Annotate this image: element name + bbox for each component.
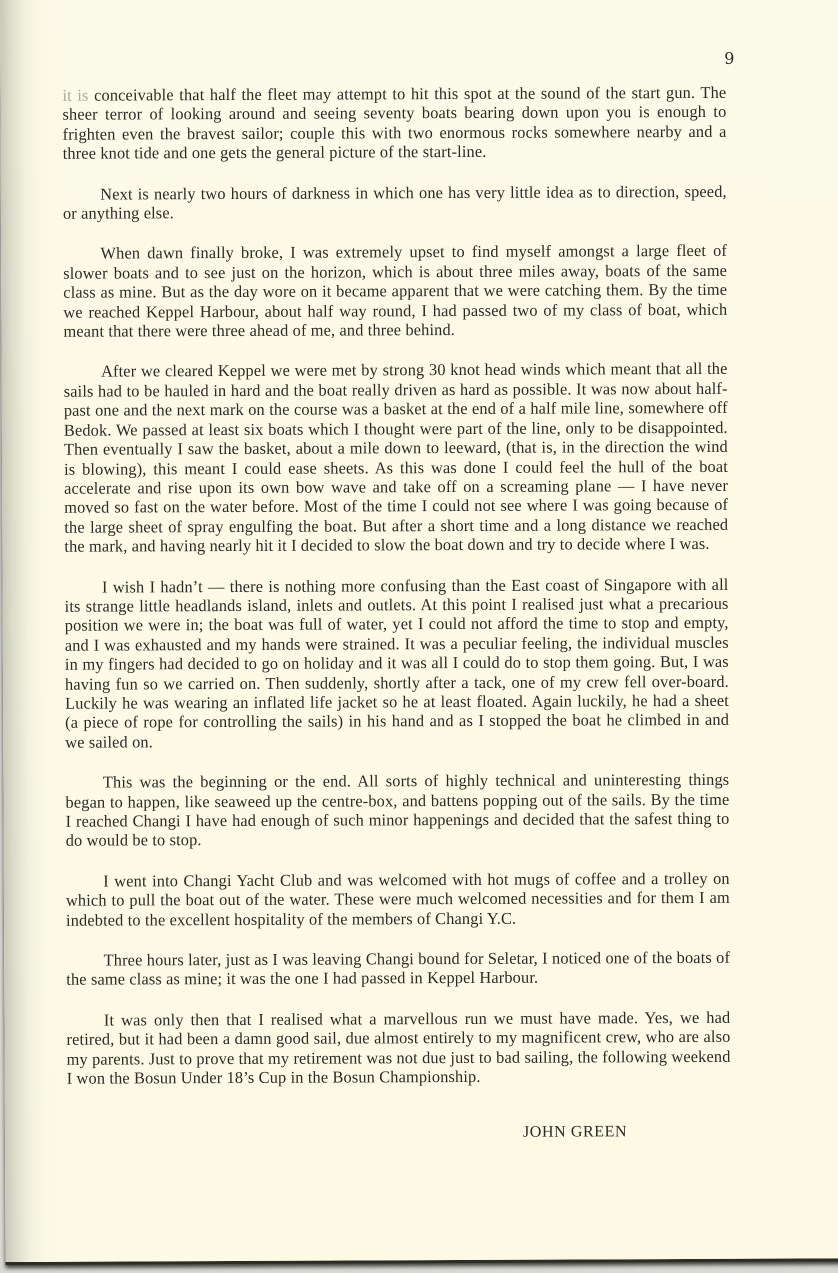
paragraph-changi-yacht-club: I went into Changi Yacht Club and was we… [66, 869, 730, 930]
paragraph-three-hours-later: Three hours later, just as I was leaving… [66, 948, 730, 990]
page-number: 9 [724, 49, 734, 68]
author-signature: JOHN GREEN [523, 1123, 627, 1141]
paragraph-text: conceivable that half the fleet may atte… [62, 83, 726, 163]
article-body: it is conceivable that half the fleet ma… [62, 83, 730, 1109]
document-page: 9 it is conceivable that half the fleet … [0, 0, 838, 1262]
paragraph-beginning-of-end: This was the beginning or the end. All s… [65, 770, 729, 851]
faded-lead-text: it is [62, 86, 88, 105]
paragraph-east-coast: I wish I hadn’t — there is nothing more … [65, 574, 730, 752]
paragraph-start-line: it is conceivable that half the fleet ma… [62, 83, 726, 164]
paragraph-darkness: Next is nearly two hours of darkness in … [63, 181, 727, 223]
paragraph-keppel: After we cleared Keppel we were met by s… [64, 359, 729, 556]
paragraph-dawn: When dawn finally broke, I was extremely… [63, 241, 727, 341]
paragraph-marvellous-run: It was only then that I realised what a … [66, 1008, 730, 1089]
